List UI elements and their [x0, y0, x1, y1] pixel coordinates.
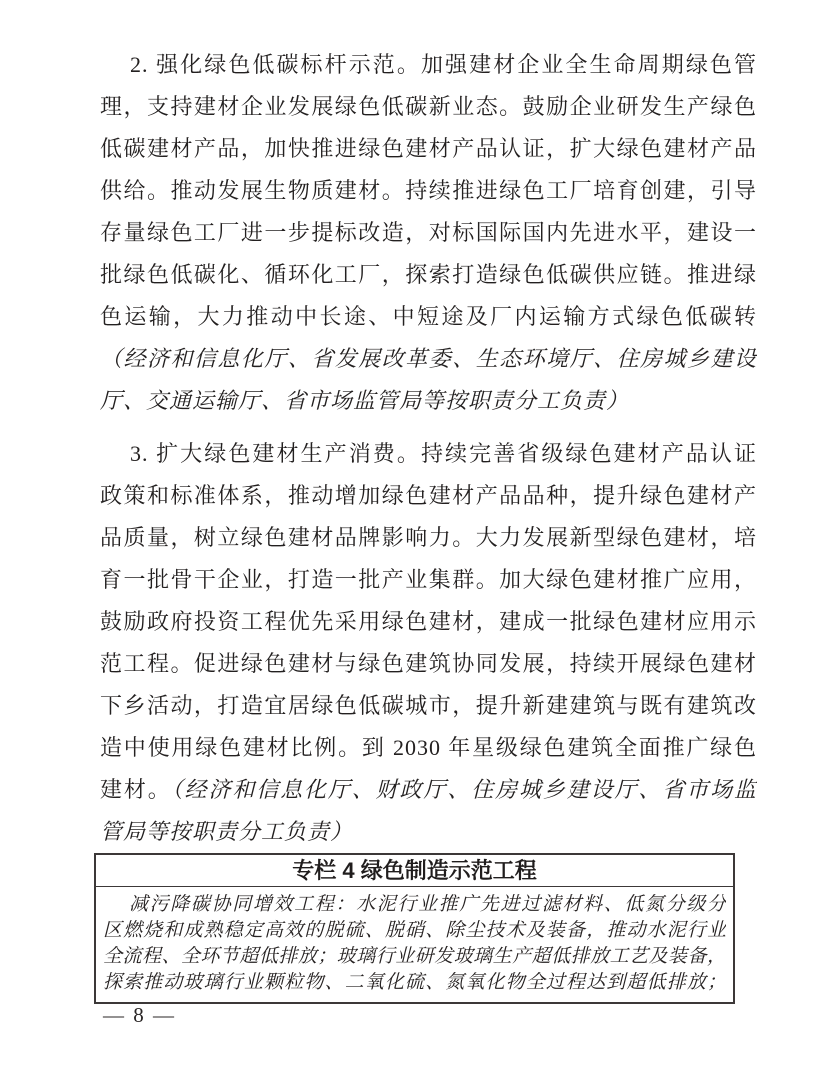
para2-line-3: 低碳建材产品，加快推进绿色建材产品认证，扩大绿色建材产品 [100, 128, 757, 170]
para3-line-7: 下乡活动，打造宜居绿色低碳城市，提升新建建筑与既有建筑改 [100, 685, 757, 727]
box-line-4: 探索推动玻璃行业颗粒物、二氧化硫、氮氧化物全过程达到超低排放； [103, 970, 726, 996]
document-page: 2. 强化绿色低碳标杆示范。加强建材企业全生命周期绿色管 理，支持建材企业发展绿… [0, 0, 837, 1076]
para3-line-2: 政策和标准体系，推动增加绿色建材产品品种，提升绿色建材产 [100, 475, 757, 517]
para3-line-6: 范工程。促进绿色建材与绿色建筑协同发展，持续开展绿色建材 [100, 643, 757, 685]
para2-line-5: 存量绿色工厂进一步提标改造，对标国际国内先进水平，建设一 [100, 212, 757, 254]
paragraph-3: 3. 扩大绿色建材生产消费。持续完善省级绿色建材产品认证 政策和标准体系，推动增… [100, 433, 757, 853]
para2-line-9-agencies: 厅、交通运输厅、省市场监管局等按职责分工负责） [100, 380, 757, 422]
box-line-1: 减污降碳协同增效工程：水泥行业推广先进过滤材料、低氮分级分 [103, 892, 726, 918]
para2-line-2: 理，支持建材企业发展绿色低碳新业态。鼓励企业研发生产绿色 [100, 86, 757, 128]
box-line-3: 全流程、全环节超低排放；玻璃行业研发玻璃生产超低排放工艺及装备， [103, 944, 726, 970]
para3-line-10-agencies: 管局等按职责分工负责） [100, 811, 757, 853]
feature-box-4: 专栏 4 绿色制造示范工程 减污降碳协同增效工程：水泥行业推广先进过滤材料、低氮… [94, 853, 735, 1004]
feature-box-title: 专栏 4 绿色制造示范工程 [96, 855, 733, 887]
para3-line-3: 品质量，树立绿色建材品牌影响力。大力发展新型绿色建材，培 [100, 517, 757, 559]
feature-box-content: 减污降碳协同增效工程：水泥行业推广先进过滤材料、低氮分级分 区燃烧和成熟稳定高效… [96, 887, 733, 1002]
para2-line-8-agencies: （经济和信息化厅、省发展改革委、生态环境厅、住房城乡建设 [100, 338, 757, 380]
para3-line-8: 造中使用绿色建材比例。到 2030 年星级绿色建筑全面推广绿色 [100, 727, 757, 769]
para3-line-9: 建材。（经济和信息化厅、财政厅、住房城乡建设厅、省市场监 [100, 769, 757, 811]
paragraph-2: 2. 强化绿色低碳标杆示范。加强建材企业全生命周期绿色管 理，支持建材企业发展绿… [100, 44, 757, 422]
para2-line-7: 色运输，大力推动中长途、中短途及厂内运输方式绿色低碳转型。 [100, 296, 757, 338]
para3-line-9-text: 建材。 [100, 777, 172, 802]
box-line-2: 区燃烧和成熟稳定高效的脱硫、脱硝、除尘技术及装备，推动水泥行业 [103, 918, 726, 944]
page-number: — 8 — [103, 1003, 176, 1028]
para3-line-5: 鼓励政府投资工程优先采用绿色建材，建成一批绿色建材应用示 [100, 601, 757, 643]
para3-line-4: 育一批骨干企业，打造一批产业集群。加大绿色建材推广应用， [100, 559, 757, 601]
para3-line-9-agencies: （经济和信息化厅、财政厅、住房城乡建设厅、省市场监 [172, 777, 757, 802]
para2-line-4: 供给。推动发展生物质建材。持续推进绿色工厂培育创建，引导 [100, 170, 757, 212]
para3-line-1: 3. 扩大绿色建材生产消费。持续完善省级绿色建材产品认证 [100, 433, 757, 475]
para2-line-6: 批绿色低碳化、循环化工厂，探索打造绿色低碳供应链。推进绿 [100, 254, 757, 296]
body-text-block: 2. 强化绿色低碳标杆示范。加强建材企业全生命周期绿色管 理，支持建材企业发展绿… [100, 44, 757, 853]
para2-line-1: 2. 强化绿色低碳标杆示范。加强建材企业全生命周期绿色管 [100, 44, 757, 86]
